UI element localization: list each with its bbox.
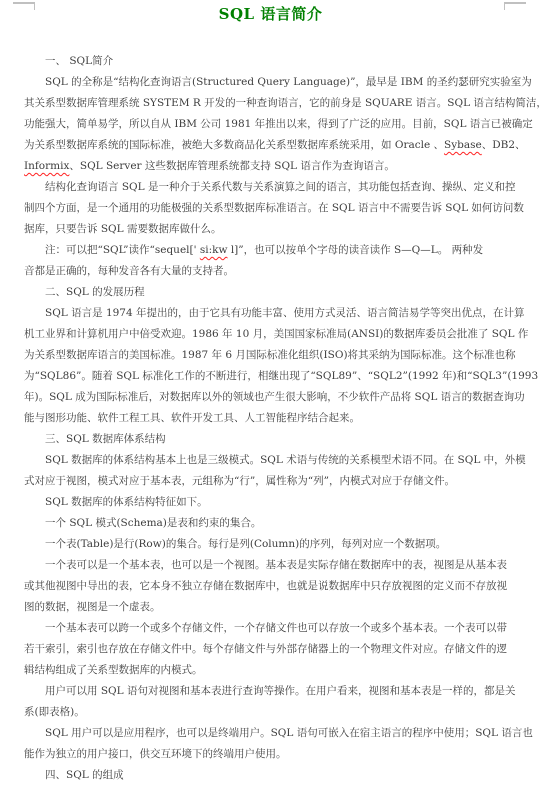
text-run: 辑结构组成了关系型数据库的内模式。 (24, 664, 203, 676)
text-run: SQL 数据库的体系结构基本上也是三级模式。SQL 术语与传统的关系模型术语不同… (45, 454, 526, 466)
text-run: 一个表(Table)是行(Row)的集合。每行是列(Column)的序列，每列对… (45, 538, 446, 550)
text-run: 注：可以把“SQL”读作“sequel[' (45, 244, 200, 256)
text-run: 制四个方面，是一个通用的功能极强的关系型数据库标准语言。在 SQL 语言中不需要… (24, 202, 524, 214)
page-title: SQL 语言简介 (0, 3, 541, 24)
text-run: 一个 SQL 模式(Schema)是表和约束的集合。 (45, 517, 261, 529)
text-run: SQL 的全称是“结构化查询语言(Structured Query Langua… (45, 76, 532, 88)
misspelled-word: Sybase (444, 139, 482, 151)
text-run: 三、SQL 数据库体系结构 (45, 433, 166, 445)
text-line: SQL 数据库的体系结构特征如下。 (24, 492, 524, 513)
text-run: 若干索引，索引也存放在存储文件中。每个存储文件与外部存储器上的一个物理文件对应。… (24, 643, 507, 655)
text-line: 功能强大，简单易学，所以自从 IBM 公司 1981 年推出以来，得到了广泛的应… (24, 114, 524, 135)
text-line: 一个表(Table)是行(Row)的集合。每行是列(Column)的序列，每列对… (24, 534, 524, 555)
text-run: 为关系型数据库系统的国际标准，被绝大多数商品化关系型数据库系统采用，如 Orac… (24, 139, 444, 151)
text-line: 一、 SQL简介 (24, 51, 524, 72)
text-run: 据库，只要告诉 SQL 需要数据库做什么。 (24, 223, 221, 235)
text-line: 若干索引，索引也存放在存储文件中。每个存储文件与外部存储器上的一个物理文件对应。… (24, 639, 524, 660)
text-line: 年)。SQL 成为国际标准后，对数据库以外的领域也产生很大影响，不少软件产品将 … (24, 387, 524, 408)
text-run: 一、 SQL简介 (45, 55, 113, 67)
text-run: 一个表可以是一个基本表，也可以是一个视图。基本表是实际存储在数据库中的表，视图是… (45, 559, 507, 571)
text-line: 音都是正确的，每种发音各有大量的支持者。 (24, 261, 524, 282)
text-run: 用户可以用 SQL 语句对视图和基本表进行查询等操作。在用户看来，视图和基本表是… (45, 685, 515, 697)
text-line: 辑结构组成了关系型数据库的内模式。 (24, 660, 524, 681)
text-line: SQL 语言是 1974 年提出的，由于它具有功能丰富、使用方式灵活、语言简洁易… (24, 303, 524, 324)
text-run: 机工业界和计算机用户中倍受欢迎。1986 年 10 月，美国国家标准局(ANSI… (24, 328, 528, 340)
text-line: 或其他视图中导出的表，它本身不独立存储在数据库中，也就是说数据库中只存放视图的定… (24, 576, 524, 597)
text-line: 注：可以把“SQL”读作“sequel[' si:kw l]”，也可以按单个字母… (24, 240, 524, 261)
text-run: 或其他视图中导出的表，它本身不独立存储在数据库中，也就是说数据库中只存放视图的定… (24, 580, 507, 592)
text-run: 式对应于视图，模式对应于基本表，元组称为“行”，属性称为“列”，内模式对应于存储… (24, 475, 455, 487)
text-line: Informix、SQL Server 这些数据库管理系统都支持 SQL 语言作… (24, 156, 524, 177)
text-line: 据库，只要告诉 SQL 需要数据库做什么。 (24, 219, 524, 240)
text-run: 一个基本表可以跨一个或多个存储文件，一个存储文件也可以存放一个或多个基本表。一个… (45, 622, 507, 634)
document-body: 一、 SQL简介SQL 的全称是“结构化查询语言(Structured Quer… (24, 51, 524, 786)
text-run: 为“SQL86”。随着 SQL 标准化工作的不断进行，相继出现了“SQL89”、… (24, 370, 538, 382)
text-line: 为关系型数据库语言的美国标准。1987 年 6 月国际标准化组织(ISO)将其采… (24, 345, 524, 366)
misspelled-word: si:kw (200, 244, 228, 256)
text-run: 系(即表格)。 (24, 706, 85, 718)
text-line: 为“SQL86”。随着 SQL 标准化工作的不断进行，相继出现了“SQL89”、… (24, 366, 524, 387)
text-line: 图的数据，视图是一个虚表。 (24, 597, 524, 618)
text-line: 用户可以用 SQL 语句对视图和基本表进行查询等操作。在用户看来，视图和基本表是… (24, 681, 524, 702)
text-line: 能作为独立的用户接口，供交互环境下的终端用户使用。 (24, 744, 524, 765)
text-run: SQL 数据库的体系结构特征如下。 (45, 496, 208, 508)
text-run: 其关系型数据库管理系统 SYSTEM R 开发的一种查询语言，它的前身是 SQU… (24, 97, 541, 109)
text-run: 二、SQL 的发展历程 (45, 286, 145, 298)
text-run: SQL 用户可以是应用程序，也可以是终端用户。SQL 语句可嵌入在宿主语言的程序… (45, 727, 533, 739)
text-run: 结构化查询语言 SQL 是一种介于关系代数与关系演算之间的语言，其功能包括查询、… (45, 181, 515, 193)
text-line: SQL 数据库的体系结构基本上也是三级模式。SQL 术语与传统的关系模型术语不同… (24, 450, 524, 471)
document-page: SQL 语言简介 一、 SQL简介SQL 的全称是“结构化查询语言(Struct… (0, 0, 541, 786)
text-line: 为关系型数据库系统的国际标准，被绝大多数商品化关系型数据库系统采用，如 Orac… (24, 135, 524, 156)
text-run: 、DB2、 (482, 139, 526, 151)
text-run: 功能强大，简单易学，所以自从 IBM 公司 1981 年推出以来，得到了广泛的应… (24, 118, 533, 130)
text-line: 结构化查询语言 SQL 是一种介于关系代数与关系演算之间的语言，其功能包括查询、… (24, 177, 524, 198)
text-line: 能与图形功能、软件工程工具、软件开发工具、人工智能程序结合起来。 (24, 408, 524, 429)
text-line: 四、SQL 的组成 (24, 765, 524, 786)
text-run: 四、SQL 的组成 (45, 769, 124, 781)
text-run: 能与图形功能、软件工程工具、软件开发工具、人工智能程序结合起来。 (24, 412, 360, 424)
misspelled-word: Informix (24, 160, 69, 172)
text-line: 机工业界和计算机用户中倍受欢迎。1986 年 10 月，美国国家标准局(ANSI… (24, 324, 524, 345)
text-run: 音都是正确的，每种发音各有大量的支持者。 (24, 265, 234, 277)
text-line: 其关系型数据库管理系统 SYSTEM R 开发的一种查询语言，它的前身是 SQU… (24, 93, 524, 114)
text-line: SQL 用户可以是应用程序，也可以是终端用户。SQL 语句可嵌入在宿主语言的程序… (24, 723, 524, 744)
text-line: 二、SQL 的发展历程 (24, 282, 524, 303)
text-run: SQL 语言是 1974 年提出的，由于它具有功能丰富、使用方式灵活、语言简洁易… (45, 307, 525, 319)
text-run: l]”，也可以按单个字母的读音读作 S—Q—L。 两种发 (227, 244, 483, 256)
text-line: 一个基本表可以跨一个或多个存储文件，一个存储文件也可以存放一个或多个基本表。一个… (24, 618, 524, 639)
text-run: 图的数据，视图是一个虚表。 (24, 601, 161, 613)
text-line: 式对应于视图，模式对应于基本表，元组称为“行”，属性称为“列”，内模式对应于存储… (24, 471, 524, 492)
text-line: SQL 的全称是“结构化查询语言(Structured Query Langua… (24, 72, 524, 93)
text-run: 为关系型数据库语言的美国标准。1987 年 6 月国际标准化组织(ISO)将其采… (24, 349, 516, 361)
text-line: 三、SQL 数据库体系结构 (24, 429, 524, 450)
text-line: 系(即表格)。 (24, 702, 524, 723)
text-line: 制四个方面，是一个通用的功能极强的关系型数据库标准语言。在 SQL 语言中不需要… (24, 198, 524, 219)
text-run: 、SQL Server 这些数据库管理系统都支持 SQL 语言作为查询语言。 (69, 160, 395, 172)
text-line: 一个 SQL 模式(Schema)是表和约束的集合。 (24, 513, 524, 534)
text-run: 能作为独立的用户接口，供交互环境下的终端用户使用。 (24, 748, 287, 760)
text-line: 一个表可以是一个基本表，也可以是一个视图。基本表是实际存储在数据库中的表，视图是… (24, 555, 524, 576)
text-run: 年)。SQL 成为国际标准后，对数据库以外的领域也产生很大影响，不少软件产品将 … (24, 391, 525, 403)
